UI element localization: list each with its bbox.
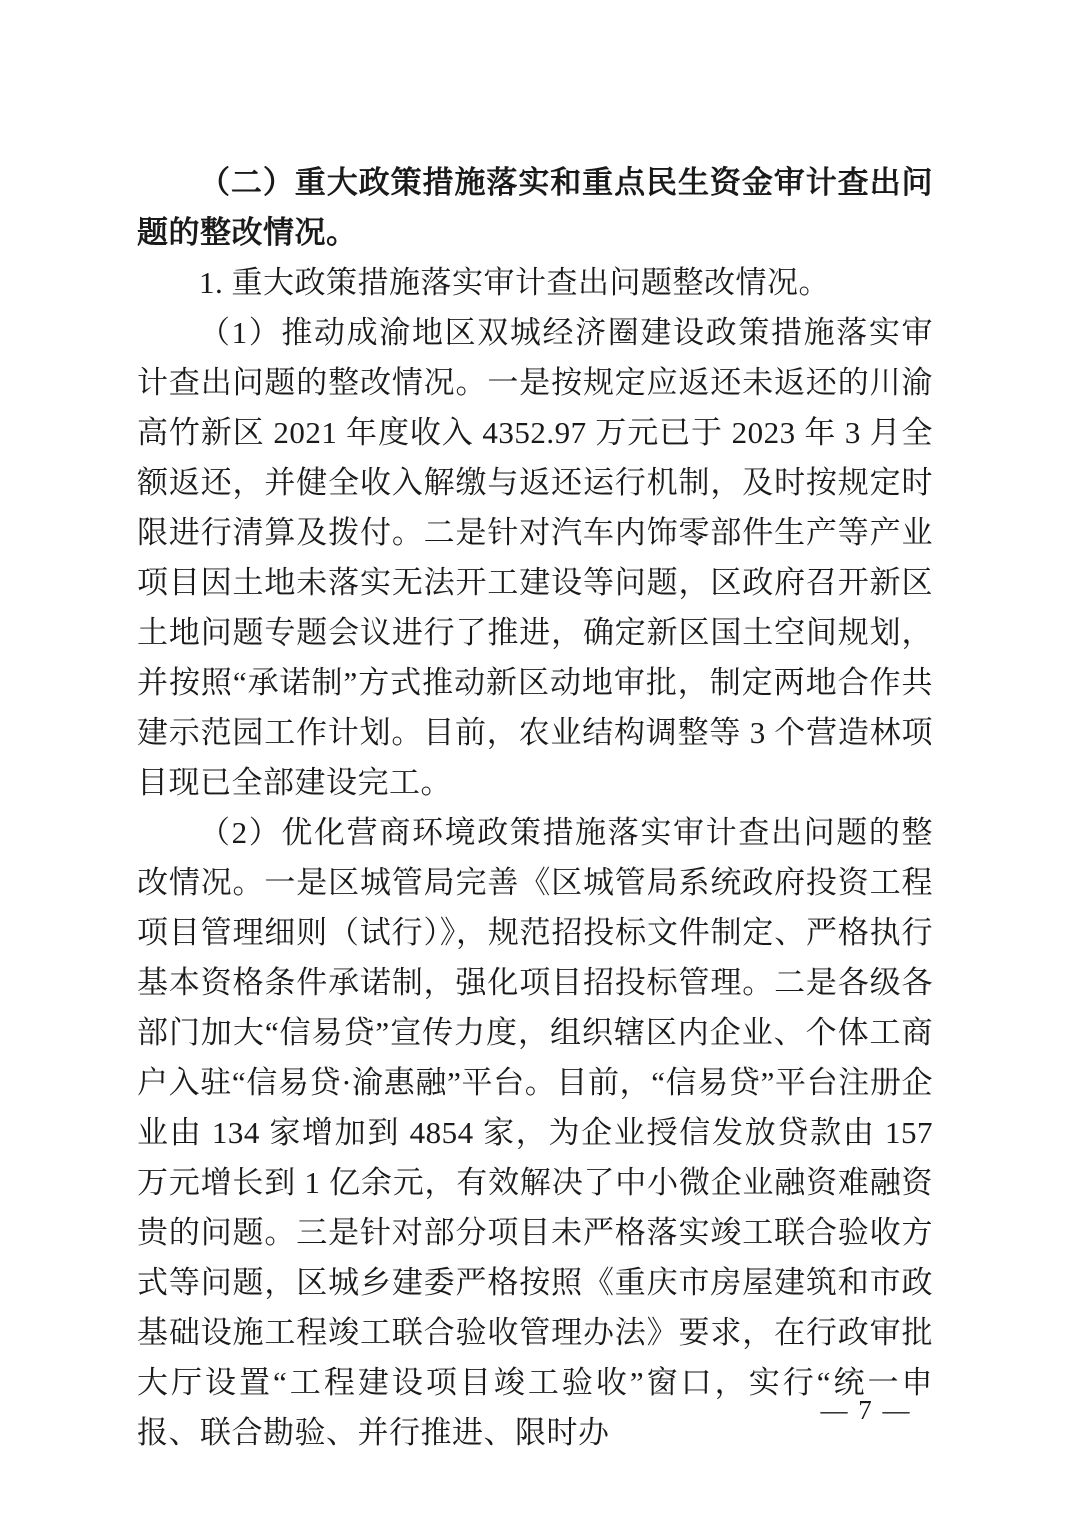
section-heading: （二）重大政策措施落实和重点民生资金审计查出问题的整改情况。 bbox=[137, 158, 933, 258]
subsection-heading: 1. 重大政策措施落实审计查出问题整改情况。 bbox=[137, 258, 933, 308]
paragraph-item-1: （1）推动成渝地区双城经济圈建设政策措施落实审计查出问题的整改情况。一是按规定应… bbox=[137, 308, 933, 808]
document-page: （二）重大政策措施落实和重点民生资金审计查出问题的整改情况。 1. 重大政策措施… bbox=[0, 0, 1074, 1520]
page-number: — 7 — bbox=[810, 1392, 920, 1428]
document-body: （二）重大政策措施落实和重点民生资金审计查出问题的整改情况。 1. 重大政策措施… bbox=[137, 158, 933, 1458]
paragraph-item-2: （2）优化营商环境政策措施落实审计查出问题的整改情况。一是区城管局完善《区城管局… bbox=[137, 808, 933, 1458]
